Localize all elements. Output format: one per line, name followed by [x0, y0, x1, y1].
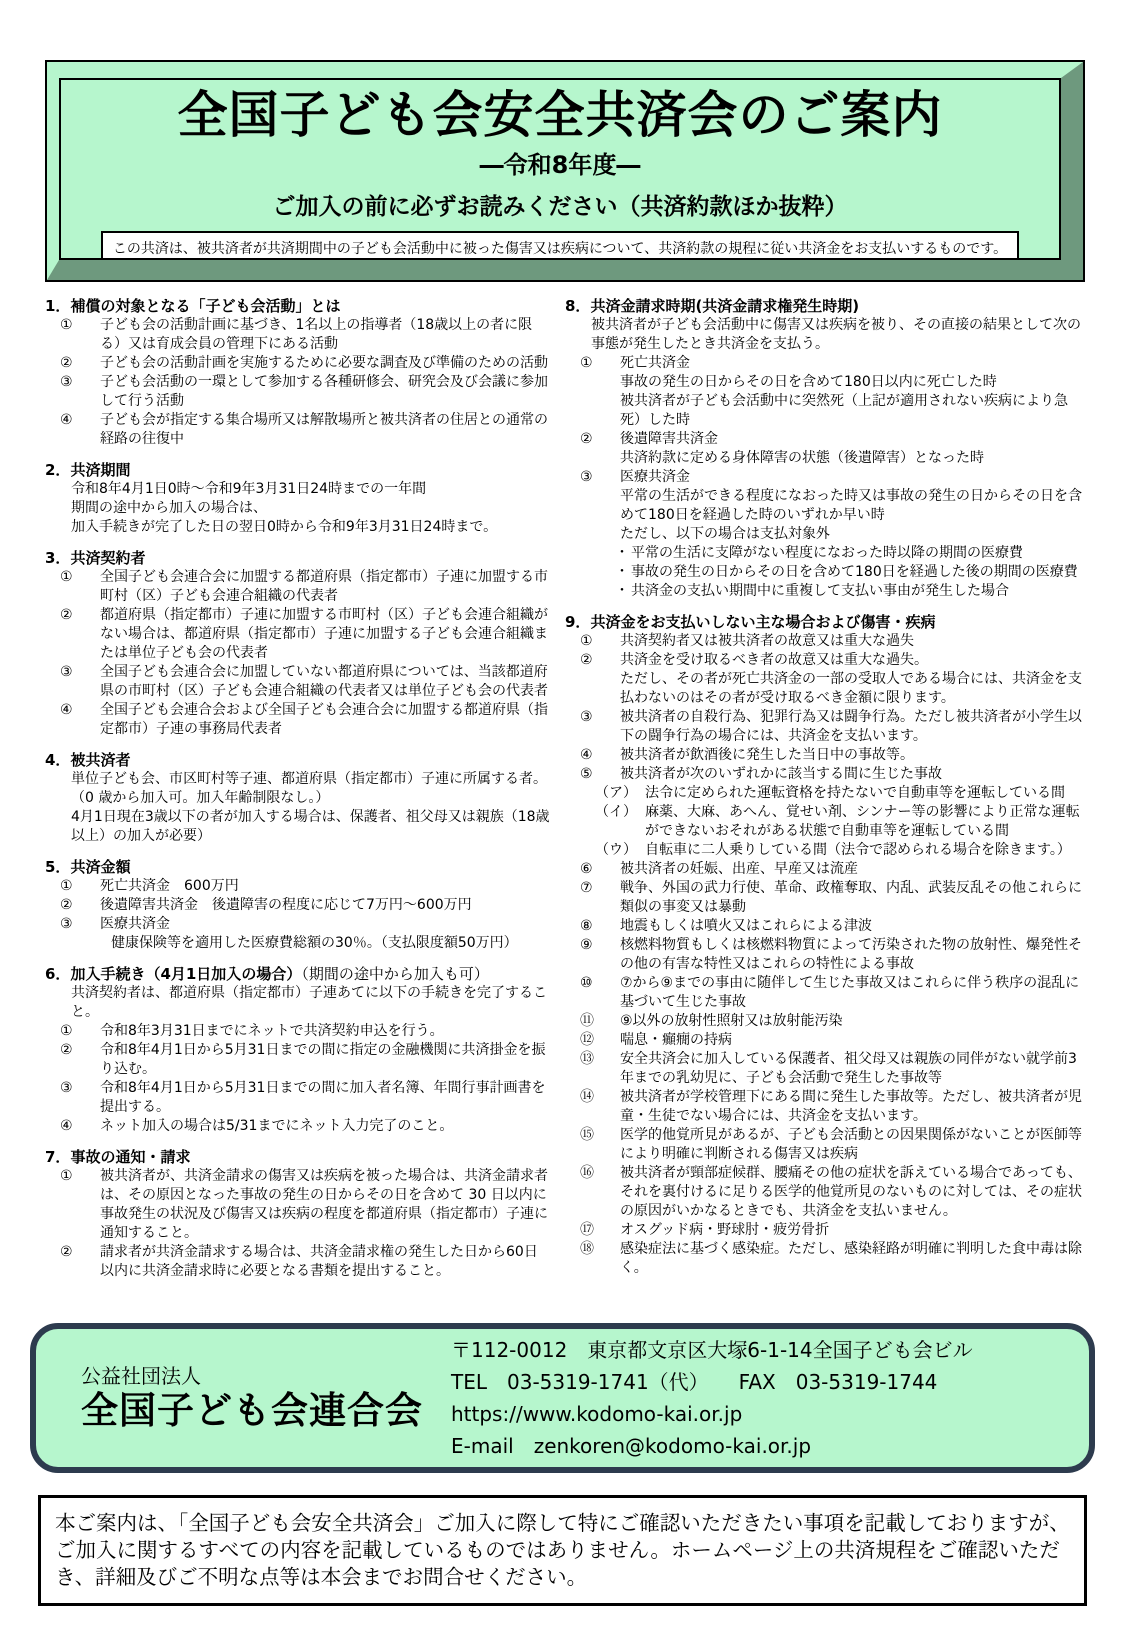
organization-block: 公益社団法人 全国子ども会連合会 [81, 1363, 451, 1433]
document-page: 全国子ども会安全共済会のご案内 ―令和8年度― ご加入の前に必ずお読みください（… [0, 0, 1125, 1625]
item-text: 共済契約者は、都道府県（指定都市）子連あてに以下の手続きを完了すること。 [71, 984, 550, 1022]
item-text: 被共済者の妊娠、出産、早産又は流産 [620, 860, 1085, 879]
section-heading: 1．補償の対象となる「子ども会活動」とは [45, 296, 550, 316]
section-heading: 3．共済契約者 [45, 548, 550, 568]
item-text: ネット加入の場合は5/31までにネット入力完了のこと。 [100, 1117, 550, 1136]
item-text: ⑨以外の放射性照射又は放射能汚染 [620, 1012, 1085, 1031]
item-text: 被共済者が頸部症候群、腰痛その他の症状を訴えている場合であっても、それを裏付ける… [620, 1164, 1085, 1221]
item-text: 全国子ども会連合会および全国子ども会連合会に加盟する都道府県（指定都市）子連の事… [100, 701, 550, 739]
section-title: 共済金額 [70, 858, 130, 876]
item-marker: ③ [580, 708, 620, 727]
item-text: 子ども会の活動計画を実施するために必要な調査及び準備のための活動 [100, 354, 550, 373]
section-heading: 7．事故の通知・請求 [45, 1147, 550, 1167]
item-text: 医学的他覚所見があるが、子ども会活動との因果関係がないことが医師等により明確に判… [620, 1126, 1085, 1164]
list-item: ⑬安全共済会に加入している保護者、祖父母又は親族の同伴がない就学前3年までの乳幼… [565, 1050, 1085, 1088]
section-heading: 5．共済金額 [45, 857, 550, 877]
section-number: 2． [45, 461, 70, 479]
item-text: 都道府県（指定都市）子連に加盟する市町村（区）子ども会連合組織がない場合は、都道… [100, 606, 550, 663]
list-item: ②後遺障害共済金 [565, 430, 1085, 449]
item-marker: （イ） [595, 803, 645, 822]
list-item: （イ）麻薬、大麻、あへん、覚せい剤、シンナー等の影響により正常な運転ができないお… [565, 803, 1085, 841]
org-type: 公益社団法人 [81, 1363, 451, 1389]
section-number: 7． [45, 1148, 70, 1166]
org-url: https://www.kodomo-kai.or.jp [451, 1398, 973, 1430]
text-line: 共済契約者は、都道府県（指定都市）子連あてに以下の手続きを完了すること。 [45, 984, 550, 1022]
item-marker: ⑨ [580, 936, 620, 955]
left-column: 1．補償の対象となる「子ども会活動」とは①子ども会の活動計画に基づき、1名以上の… [45, 296, 550, 1292]
section-2: 2．共済期間令和8年4月1日0時～令和9年3月31日24時までの一年間期間の途中… [45, 460, 550, 537]
section-7: 7．事故の通知・請求①被共済者が、共済金請求の傷害又は疾病を被った場合は、共済金… [45, 1147, 550, 1281]
text-line: ただし、その者が死亡共済金の一部の受取人である場合には、共済金を支払わないのはそ… [565, 670, 1085, 708]
item-text: 健康保険等を適用した医療費総額の30％。（支払限度額50万円） [111, 934, 550, 953]
read-before-joining-notice: ご加入の前に必ずお読みください（共済約款ほか抜粋） [61, 188, 1059, 221]
item-text: 平常の生活ができる程度になおった時又は事故の発生の日からその日を含めて180日を… [620, 487, 1085, 525]
section-1: 1．補償の対象となる「子ども会活動」とは①子ども会の活動計画に基づき、1名以上の… [45, 296, 550, 449]
item-marker: ⑫ [580, 1031, 620, 1050]
item-text: 法令に定められた運転資格を持たないで自動車等を運転している間 [645, 784, 1085, 803]
item-marker: ② [60, 1243, 100, 1262]
item-marker: ③ [60, 915, 100, 934]
item-text: 医療共済金 [620, 468, 1085, 487]
list-item: （ア）法令に定められた運転資格を持たないで自動車等を運転している間 [565, 784, 1085, 803]
item-marker: ① [60, 568, 100, 587]
section-title: 共済期間 [70, 461, 130, 479]
list-item: ④被共済者が飲酒後に発生した当日中の事故等。 [565, 746, 1085, 765]
list-item: ①子ども会の活動計画に基づき、1名以上の指導者（18歳以上の者に限る）又は育成会… [45, 316, 550, 354]
item-text: オスグッド病・野球肘・疲労骨折 [620, 1221, 1085, 1240]
item-marker: ③ [60, 1079, 100, 1098]
item-text: 子ども会が指定する集合場所又は解散場所と被共済者の住居との通常の経路の往復中 [100, 411, 550, 449]
list-item: ⑫喘息・癲癇の持病 [565, 1031, 1085, 1050]
item-text: 戦争、外国の武力行使、革命、政権奪取、内乱、武装反乱その他これらに類似の事変又は… [620, 879, 1085, 917]
org-address: 〒112-0012 東京都文京区大塚6-1-14全国子ども会ビル [451, 1334, 973, 1366]
item-text: 事故の発生の日からその日を含めて180日以内に死亡した時 [620, 373, 1085, 392]
list-item: ⑩⑦から⑨までの事由に随伴して生じた事故又はこれらに伴う秩序の混乱に基づいて生じ… [565, 974, 1085, 1012]
list-item: ⑭被共済者が学校管理下にある間に発生した事故等。ただし、被共済者が児童・生徒でな… [565, 1088, 1085, 1126]
item-text: 共済約款に定める身体障害の状態（後遺障害）となった時 [620, 449, 1085, 468]
section-heading: 6．加入手続き（4月1日加入の場合）（期間の途中から加入も可） [45, 964, 550, 984]
list-item: （ウ）自転車に二人乗りしている間（法令で認められる場合を除きます。） [565, 841, 1085, 860]
item-text: 安全共済会に加入している保護者、祖父母又は親族の同伴がない就学前3年までの乳幼児… [620, 1050, 1085, 1088]
list-item: ・平常の生活に支障がない程度になおった時以降の期間の医療費 [565, 544, 1085, 563]
item-text: 期間の途中から加入の場合は、 [71, 499, 550, 518]
item-text: 令和8年4月1日0時～令和9年3月31日24時までの一年間 [71, 480, 550, 499]
item-marker: ⑩ [580, 974, 620, 993]
list-item: ・事故の発生の日からその日を含めて180日を経過した後の期間の医療費 [565, 563, 1085, 582]
item-marker: ① [580, 632, 620, 651]
text-line: 健康保険等を適用した医療費総額の30％。（支払限度額50万円） [45, 934, 550, 953]
list-item: ⑰オスグッド病・野球肘・疲労骨折 [565, 1221, 1085, 1240]
org-tel-fax: TEL 03-5319-1741（代） FAX 03-5319-1744 [451, 1366, 973, 1398]
section-number: 9． [565, 613, 590, 631]
item-text: 平常の生活に支障がない程度になおった時以降の期間の医療費 [631, 544, 1085, 563]
item-text: 共済金を受け取るべき者の故意又は重大な過失。 [620, 651, 1085, 670]
item-text: 全国子ども会連合会に加盟していない都道府県については、当該都道府県の市町村（区）… [100, 663, 550, 701]
item-marker: ⑭ [580, 1088, 620, 1107]
list-item: ③令和8年4月1日から5月31日までの間に加入者名簿、年間行事計画書を提出する。 [45, 1079, 550, 1117]
section-heading: 9．共済金をお支払いしない主な場合および傷害・疾病 [565, 612, 1085, 632]
item-text: ただし、以下の場合は支払対象外 [620, 525, 1085, 544]
text-line: 4月1日現在3歳以下の者が加入する場合は、保護者、祖父母又は親族（18歳以上）の… [45, 808, 550, 846]
item-text: 全国子ども会連合会に加盟する都道府県（指定都市）子連に加盟する市町村（区）子ども… [100, 568, 550, 606]
bottom-disclaimer-text: 本ご案内は、「全国子ども会安全共済会」ご加入に際して特にご確認いただきたい事項を… [55, 1511, 1070, 1589]
plaque-inner-panel: 全国子ども会安全共済会のご案内 ―令和8年度― ご加入の前に必ずお読みください（… [59, 78, 1061, 260]
fiscal-year: ―令和8年度― [61, 145, 1059, 180]
list-item: ②後遺障害共済金 後遺障害の程度に応じて7万円～600万円 [45, 896, 550, 915]
item-marker: ① [60, 1022, 100, 1041]
item-text: 自転車に二人乗りしている間（法令で認められる場合を除きます。） [645, 841, 1085, 860]
header-plaque: 全国子ども会安全共済会のご案内 ―令和8年度― ご加入の前に必ずお読みください（… [45, 60, 1085, 282]
body-columns: 1．補償の対象となる「子ども会活動」とは①子ども会の活動計画に基づき、1名以上の… [45, 296, 1085, 1292]
list-item: ⑤被共済者が次のいずれかに該当する間に生じた事故 [565, 765, 1085, 784]
section-8: 8．共済金請求時期(共済金請求権発生時期)被共済者が子ども会活動中に傷害又は疾病… [565, 296, 1085, 601]
footer-contact-box: 公益社団法人 全国子ども会連合会 〒112-0012 東京都文京区大塚6-1-1… [30, 1323, 1095, 1473]
item-marker: ① [60, 316, 100, 335]
section-heading: 4．被共済者 [45, 750, 550, 770]
item-text: 死亡共済金 [620, 354, 1085, 373]
text-line: 単位子ども会、市区町村等子連、都道府県（指定都市）子連に所属する者。（0 歳から… [45, 770, 550, 808]
section-title: 事故の通知・請求 [70, 1148, 190, 1166]
section-title: 補償の対象となる「子ども会活動」とは [70, 297, 340, 315]
section-title: 加入手続き（4月1日加入の場合） [70, 965, 301, 983]
item-text: ただし、その者が死亡共済金の一部の受取人である場合には、共済金を支払わないのはそ… [620, 670, 1085, 708]
list-item: ⑧地震もしくは噴火又はこれらによる津波 [565, 917, 1085, 936]
section-3: 3．共済契約者①全国子ども会連合会に加盟する都道府県（指定都市）子連に加盟する市… [45, 548, 550, 739]
section-title: 共済契約者 [70, 549, 145, 567]
list-item: ③医療共済金 [45, 915, 550, 934]
list-item: ⑪⑨以外の放射性照射又は放射能汚染 [565, 1012, 1085, 1031]
text-line: 平常の生活ができる程度になおった時又は事故の発生の日からその日を含めて180日を… [565, 487, 1085, 525]
item-text: 被共済者が子ども会活動中に突然死（上記が適用されない疾病により急死）した時 [620, 392, 1085, 430]
section-5: 5．共済金額①死亡共済金 600万円②後遺障害共済金 後遺障害の程度に応じて7万… [45, 857, 550, 953]
item-text: 令和8年3月31日までにネットで共済契約申込を行う。 [100, 1022, 550, 1041]
bottom-disclaimer-box: 本ご案内は、「全国子ども会安全共済会」ご加入に際して特にご確認いただきたい事項を… [38, 1495, 1087, 1606]
list-item: ②請求者が共済金請求する場合は、共済金請求権の発生した日から60日以内に共済金請… [45, 1243, 550, 1281]
item-marker: ③ [60, 373, 100, 392]
item-text: 感染症法に基づく感染症。ただし、感染経路が明確に判明した食中毒は除く。 [620, 1240, 1085, 1278]
item-marker: ④ [60, 1117, 100, 1136]
item-text: 医療共済金 [100, 915, 550, 934]
item-marker: ④ [580, 746, 620, 765]
item-text: 単位子ども会、市区町村等子連、都道府県（指定都市）子連に所属する者。（0 歳から… [71, 770, 550, 808]
item-marker: ② [60, 896, 100, 915]
item-marker: ・ [615, 544, 631, 563]
item-marker: ② [60, 1041, 100, 1060]
item-text: 子ども会活動の一環として参加する各種研修会、研究会及び会議に参加して行う活動 [100, 373, 550, 411]
text-line: 被共済者が子ども会活動中に傷害又は疾病を被り、その直接の結果として次の事態が発生… [565, 316, 1085, 354]
item-text: 後遺障害共済金 [620, 430, 1085, 449]
item-marker: ① [60, 1167, 100, 1186]
list-item: ①死亡共済金 [565, 354, 1085, 373]
summary-text: この共済は、被共済者が共済期間中の子ども会活動中に被った傷害又は疾病について、共… [113, 241, 1007, 257]
list-item: ②子ども会の活動計画を実施するために必要な調査及び準備のための活動 [45, 354, 550, 373]
list-item: ①全国子ども会連合会に加盟する都道府県（指定都市）子連に加盟する市町村（区）子ど… [45, 568, 550, 606]
list-item: ①共済契約者又は被共済者の故意又は重大な過失 [565, 632, 1085, 651]
item-marker: ① [60, 877, 100, 896]
list-item: ③医療共済金 [565, 468, 1085, 487]
list-item: ①死亡共済金 600万円 [45, 877, 550, 896]
item-marker: ⑦ [580, 879, 620, 898]
item-marker: ③ [580, 468, 620, 487]
section-title: 被共済者 [70, 751, 130, 769]
text-line: 被共済者が子ども会活動中に突然死（上記が適用されない疾病により急死）した時 [565, 392, 1085, 430]
item-text: 4月1日現在3歳以下の者が加入する場合は、保護者、祖父母又は親族（18歳以上）の… [71, 808, 550, 846]
item-text: 令和8年4月1日から5月31日までの間に加入者名簿、年間行事計画書を提出する。 [100, 1079, 550, 1117]
section-number: 5． [45, 858, 70, 876]
item-marker: ② [60, 606, 100, 625]
item-marker: （ア） [595, 784, 645, 803]
list-item: ⑦戦争、外国の武力行使、革命、政権奪取、内乱、武装反乱その他これらに類似の事変又… [565, 879, 1085, 917]
list-item: ③全国子ども会連合会に加盟していない都道府県については、当該都道府県の市町村（区… [45, 663, 550, 701]
org-email: E-mail zenkoren@kodomo-kai.or.jp [451, 1430, 973, 1462]
item-text: 事故の発生の日からその日を含めて180日を経過した後の期間の医療費 [631, 563, 1085, 582]
item-marker: ② [580, 430, 620, 449]
list-item: ③被共済者の自殺行為、犯罪行為又は闘争行為。ただし被共済者が小学生以下の闘争行為… [565, 708, 1085, 746]
item-text: 被共済者が子ども会活動中に傷害又は疾病を被り、その直接の結果として次の事態が発生… [591, 316, 1085, 354]
section-number: 8． [565, 297, 590, 315]
list-item: ④全国子ども会連合会および全国子ども会連合会に加盟する都道府県（指定都市）子連の… [45, 701, 550, 739]
item-marker: ・ [615, 563, 631, 582]
list-item: ④子ども会が指定する集合場所又は解散場所と被共済者の住居との通常の経路の往復中 [45, 411, 550, 449]
item-marker: ③ [60, 663, 100, 682]
item-text: 核燃料物質もしくは核燃料物質によって汚染された物の放射性、爆発性その他の有害な特… [620, 936, 1085, 974]
item-marker: ④ [60, 701, 100, 720]
item-marker: ⑬ [580, 1050, 620, 1069]
item-marker: ・ [615, 582, 631, 601]
text-line: 事故の発生の日からその日を含めて180日以内に死亡した時 [565, 373, 1085, 392]
item-text: ⑦から⑨までの事由に随伴して生じた事故又はこれらに伴う秩序の混乱に基づいて生じた… [620, 974, 1085, 1012]
list-item: ①令和8年3月31日までにネットで共済契約申込を行う。 [45, 1022, 550, 1041]
item-marker: ① [580, 354, 620, 373]
plaque-bevel-frame: 全国子ども会安全共済会のご案内 ―令和8年度― ご加入の前に必ずお読みください（… [47, 62, 1083, 280]
org-name: 全国子ども会連合会 [81, 1389, 451, 1433]
list-item: ⑨核燃料物質もしくは核燃料物質によって汚染された物の放射性、爆発性その他の有害な… [565, 936, 1085, 974]
item-text: 被共済者が、共済金請求の傷害又は疾病を被った場合は、共済金請求者は、その原因とな… [100, 1167, 550, 1243]
summary-box: この共済は、被共済者が共済期間中の子ども会活動中に被った傷害又は疾病について、共… [101, 231, 1019, 260]
section-9: 9．共済金をお支払いしない主な場合および傷害・疾病①共済契約者又は被共済者の故意… [565, 612, 1085, 1278]
text-line: 令和8年4月1日0時～令和9年3月31日24時までの一年間 [45, 480, 550, 499]
item-marker: ⑤ [580, 765, 620, 784]
item-text: 被共済者が次のいずれかに該当する間に生じた事故 [620, 765, 1085, 784]
item-text: 死亡共済金 600万円 [100, 877, 550, 896]
list-item: ⑱感染症法に基づく感染症。ただし、感染経路が明確に判明した食中毒は除く。 [565, 1240, 1085, 1278]
item-marker: ⑧ [580, 917, 620, 936]
item-text: 請求者が共済金請求する場合は、共済金請求権の発生した日から60日以内に共済金請求… [100, 1243, 550, 1281]
item-text: 麻薬、大麻、あへん、覚せい剤、シンナー等の影響により正常な運転ができないおそれが… [645, 803, 1085, 841]
item-marker: ② [580, 651, 620, 670]
text-line: ただし、以下の場合は支払対象外 [565, 525, 1085, 544]
list-item: ・共済金の支払い期間中に重複して支払い事由が発生した場合 [565, 582, 1085, 601]
section-heading: 8．共済金請求時期(共済金請求権発生時期) [565, 296, 1085, 316]
item-marker: ② [60, 354, 100, 373]
item-text: 共済金の支払い期間中に重複して支払い事由が発生した場合 [631, 582, 1085, 601]
section-4: 4．被共済者単位子ども会、市区町村等子連、都道府県（指定都市）子連に所属する者。… [45, 750, 550, 846]
item-text: 被共済者が飲酒後に発生した当日中の事故等。 [620, 746, 1085, 765]
item-marker: ⑱ [580, 1240, 620, 1259]
item-marker: ⑯ [580, 1164, 620, 1183]
item-text: 後遺障害共済金 後遺障害の程度に応じて7万円～600万円 [100, 896, 550, 915]
item-text: 令和8年4月1日から5月31日までの間に指定の金融機関に共済掛金を振り込む。 [100, 1041, 550, 1079]
list-item: ②都道府県（指定都市）子連に加盟する市町村（区）子ども会連合組織がない場合は、都… [45, 606, 550, 663]
item-marker: ⑮ [580, 1126, 620, 1145]
document-title: 全国子ども会安全共済会のご案内 [61, 88, 1059, 143]
section-title: 共済金をお支払いしない主な場合および傷害・疾病 [590, 613, 935, 631]
section-title: 共済金請求時期(共済金請求権発生時期) [590, 297, 859, 315]
item-text: 喘息・癲癇の持病 [620, 1031, 1085, 1050]
text-line: 共済約款に定める身体障害の状態（後遺障害）となった時 [565, 449, 1085, 468]
section-6: 6．加入手続き（4月1日加入の場合）（期間の途中から加入も可）共済契約者は、都道… [45, 964, 550, 1136]
list-item: ⑥被共済者の妊娠、出産、早産又は流産 [565, 860, 1085, 879]
item-marker: ⑥ [580, 860, 620, 879]
right-column: 8．共済金請求時期(共済金請求権発生時期)被共済者が子ども会活動中に傷害又は疾病… [565, 296, 1085, 1292]
list-item: ②令和8年4月1日から5月31日までの間に指定の金融機関に共済掛金を振り込む。 [45, 1041, 550, 1079]
list-item: ⑯被共済者が頸部症候群、腰痛その他の症状を訴えている場合であっても、それを裏付け… [565, 1164, 1085, 1221]
item-marker: ⑪ [580, 1012, 620, 1031]
item-text: 被共済者が学校管理下にある間に発生した事故等。ただし、被共済者が児童・生徒でない… [620, 1088, 1085, 1126]
section-number: 6． [45, 965, 70, 983]
list-item: ②共済金を受け取るべき者の故意又は重大な過失。 [565, 651, 1085, 670]
item-marker: ④ [60, 411, 100, 430]
item-text: 共済契約者又は被共済者の故意又は重大な過失 [620, 632, 1085, 651]
section-number: 3． [45, 549, 70, 567]
item-text: 加入手続きが完了した日の翌日0時から令和9年3月31日24時まで。 [71, 518, 550, 537]
contact-block: 〒112-0012 東京都文京区大塚6-1-14全国子ども会ビル TEL 03-… [451, 1334, 973, 1462]
item-marker: （ウ） [595, 841, 645, 860]
list-item: ①被共済者が、共済金請求の傷害又は疾病を被った場合は、共済金請求者は、その原因と… [45, 1167, 550, 1243]
item-text: 子ども会の活動計画に基づき、1名以上の指導者（18歳以上の者に限る）又は育成会員… [100, 316, 550, 354]
text-line: 加入手続きが完了した日の翌日0時から令和9年3月31日24時まで。 [45, 518, 550, 537]
section-number: 1． [45, 297, 70, 315]
item-text: 被共済者の自殺行為、犯罪行為又は闘争行為。ただし被共済者が小学生以下の闘争行為の… [620, 708, 1085, 746]
list-item: ⑮医学的他覚所見があるが、子ども会活動との因果関係がないことが医師等により明確に… [565, 1126, 1085, 1164]
item-marker: ⑰ [580, 1221, 620, 1240]
section-number: 4． [45, 751, 70, 769]
list-item: ④ネット加入の場合は5/31までにネット入力完了のこと。 [45, 1117, 550, 1136]
section-title-suffix: （期間の途中から加入も可） [301, 965, 489, 983]
list-item: ③子ども会活動の一環として参加する各種研修会、研究会及び会議に参加して行う活動 [45, 373, 550, 411]
section-heading: 2．共済期間 [45, 460, 550, 480]
text-line: 期間の途中から加入の場合は、 [45, 499, 550, 518]
item-text: 地震もしくは噴火又はこれらによる津波 [620, 917, 1085, 936]
